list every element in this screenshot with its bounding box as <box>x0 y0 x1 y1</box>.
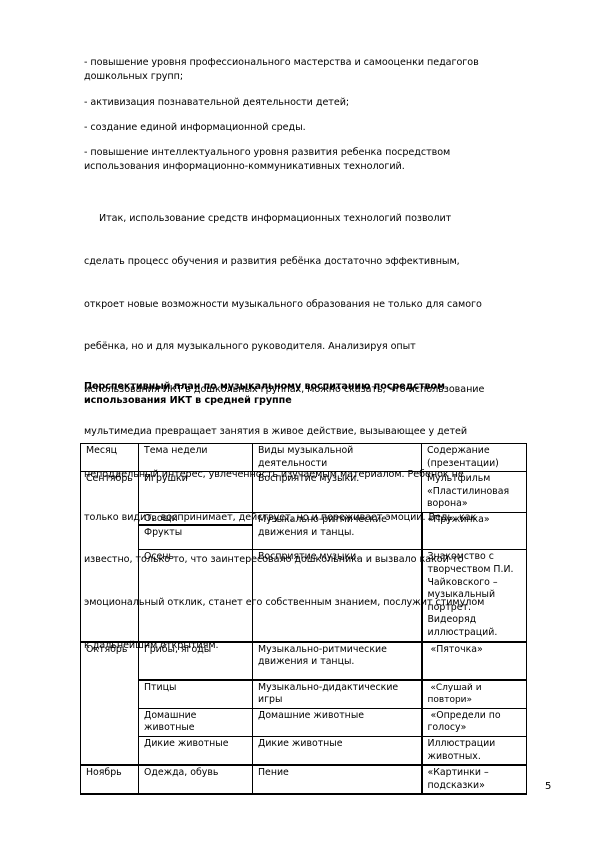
heading-line-2: использования ИКТ в средней группе <box>84 394 524 408</box>
paragraph-line: сделать процесс обучения и развития ребё… <box>84 255 524 269</box>
table-row: Домашние животные Домашние животные «Опр… <box>81 708 527 736</box>
activity-cell: Музыкально-ритмические движения и танцы. <box>253 512 422 550</box>
month-cell-november: Ноябрь <box>81 765 139 794</box>
header-month: Месяц <box>81 444 139 472</box>
activity-cell: Восприятие музыки. <box>253 472 422 513</box>
table-row: Сентябрь Игрушки Восприятие музыки. Муль… <box>81 472 527 513</box>
content-cell: «Определи по голосу» <box>422 708 527 736</box>
table-row: Осень Восприятие музыки. Знакомство с тв… <box>81 550 527 642</box>
table-row: Дикие животные Дикие животные Иллюстраци… <box>81 737 527 766</box>
month-cell-september: Сентябрь <box>81 472 139 642</box>
content-cell: Знакомство с творчеством П.И. Чайковског… <box>422 550 527 642</box>
content-cell: Иллюстрации животных. <box>422 737 527 766</box>
heading-line-1: Перспективный план по музыкальному воспи… <box>84 380 524 394</box>
theme-cell: Одежда, обувь <box>139 765 253 794</box>
bullet-2-line-1: - активизация познавательной деятельност… <box>84 96 524 110</box>
table-row: Октябрь Грибы, ягоды Музыкально-ритмичес… <box>81 642 527 680</box>
theme-cell: Игрушки <box>139 472 253 513</box>
theme-cell: Домашние животные <box>139 708 253 736</box>
theme-cell: Грибы, ягоды <box>139 642 253 680</box>
content-cell: Мультфильм «Пластилиновая ворона» <box>422 472 527 513</box>
section-heading: Перспективный план по музыкальному воспи… <box>84 380 524 409</box>
paragraph-line: Итак, использование средств информационн… <box>84 212 524 226</box>
paragraph-line: откроет новые возможности музыкального о… <box>84 298 524 312</box>
content-cell: «Картинки – подсказки» <box>422 765 527 794</box>
theme-cell: Осень <box>139 550 253 642</box>
table-header-row: Месяц Тема недели Виды музыкальной деяте… <box>81 444 527 472</box>
theme-cell: Дикие животные <box>139 737 253 766</box>
activity-cell: Пение <box>253 765 422 794</box>
activity-cell: Музыкально-ритмические движения и танцы. <box>253 642 422 680</box>
activity-cell: Дикие животные <box>253 737 422 766</box>
bullet-4: - повышение интеллектуального уровня раз… <box>84 146 524 174</box>
activity-cell: Восприятие музыки. <box>253 550 422 642</box>
theme-cell: Овощи <box>139 512 253 525</box>
content-cell: «Пружинка» <box>422 512 527 550</box>
bullet-4-line-1: - повышение интеллектуального уровня раз… <box>84 146 524 160</box>
bullet-1-line-1: - повышение уровня профессионального мас… <box>84 56 524 70</box>
music-plan-table: Месяц Тема недели Виды музыкальной деяте… <box>80 443 527 795</box>
bullet-1: - повышение уровня профессионального мас… <box>84 56 524 84</box>
theme-cell: Фрукты <box>139 525 253 550</box>
bullet-1-line-2: дошкольных групп; <box>84 70 524 84</box>
theme-cell: Птицы <box>139 680 253 709</box>
content-cell: «Слушай и повтори» <box>422 680 527 709</box>
bullet-4-line-2: использования информационно-коммуникатив… <box>84 160 524 174</box>
bullet-3: - создание единой информационной среды. <box>84 121 524 135</box>
bullet-2: - активизация познавательной деятельност… <box>84 96 524 110</box>
month-cell-october: Октябрь <box>81 642 139 766</box>
bullet-3-line-1: - создание единой информационной среды. <box>84 121 524 135</box>
content-cell: «Пяточка» <box>422 642 527 680</box>
table-row: Овощи Музыкально-ритмические движения и … <box>81 512 527 525</box>
header-content: Содержание (презентации) <box>422 444 527 472</box>
table-row: Птицы Музыкально-дидактические игры «Слу… <box>81 680 527 709</box>
table-row: Ноябрь Одежда, обувь Пение «Картинки – п… <box>81 765 527 794</box>
document-page: - повышение уровня профессионального мас… <box>0 0 595 842</box>
activity-cell: Домашние животные <box>253 708 422 736</box>
activity-cell: Музыкально-дидактические игры <box>253 680 422 709</box>
page-number: 5 <box>545 781 551 792</box>
header-theme: Тема недели <box>139 444 253 472</box>
header-activity: Виды музыкальной деятельности <box>253 444 422 472</box>
paragraph-line: мультимедиа превращает занятия в живое д… <box>84 425 524 439</box>
paragraph-line: ребёнка, но и для музыкального руководит… <box>84 340 524 354</box>
